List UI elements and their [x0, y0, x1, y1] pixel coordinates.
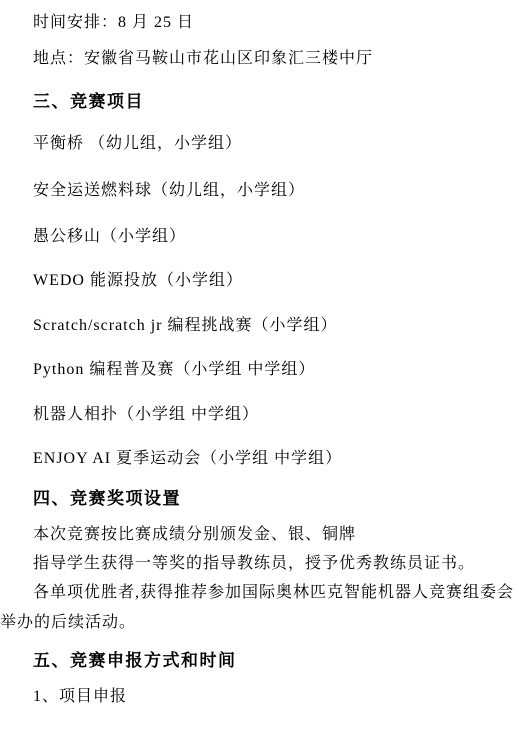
- item-wedo-energy: WEDO 能源投放（小学组）: [33, 272, 243, 289]
- line-medals: 本次竞赛按比赛成绩分别颁发金、银、铜牌: [33, 526, 356, 543]
- heading-awards: 四、竞赛奖项设置: [33, 490, 181, 507]
- item-balance-bridge: 平衡桥 （幼儿组，小学组）: [33, 135, 242, 152]
- line-winners-recommendation: 各单项优胜者,获得推荐参加国际奥林匹克智能机器人竞赛组委会: [33, 584, 514, 601]
- item-python-contest: Python 编程普及赛（小学组 中学组）: [33, 361, 315, 378]
- document-page: 时间安排：8 月 25 日 地点：安徽省马鞍山市花山区印象汇三楼中厅 三、竞赛项…: [0, 0, 519, 734]
- item-scratch-challenge: Scratch/scratch jr 编程挑战赛（小学组）: [33, 317, 338, 334]
- line-project-application: 1、项目申报: [33, 688, 127, 705]
- line-winners-recommendation-cont: 举办的后续活动。: [0, 614, 136, 631]
- item-fuel-ball-transport: 安全运送燃料球（幼儿组，小学组）: [33, 182, 305, 199]
- item-robot-sumo: 机器人相扑（小学组 中学组）: [33, 406, 259, 423]
- line-location: 地点：安徽省马鞍山市花山区印象汇三楼中厅: [33, 50, 373, 67]
- item-yugong-moves-mountain: 愚公移山（小学组）: [33, 228, 186, 245]
- heading-competition-events: 三、竞赛项目: [33, 93, 144, 110]
- heading-application: 五、竞赛申报方式和时间: [33, 652, 237, 669]
- item-enjoy-ai-sports: ENJOY AI 夏季运动会（小学组 中学组）: [33, 450, 342, 467]
- line-coach-certificate: 指导学生获得一等奖的指导教练员，授予优秀教练员证书。: [33, 555, 475, 572]
- line-time-schedule: 时间安排：8 月 25 日: [33, 14, 194, 31]
